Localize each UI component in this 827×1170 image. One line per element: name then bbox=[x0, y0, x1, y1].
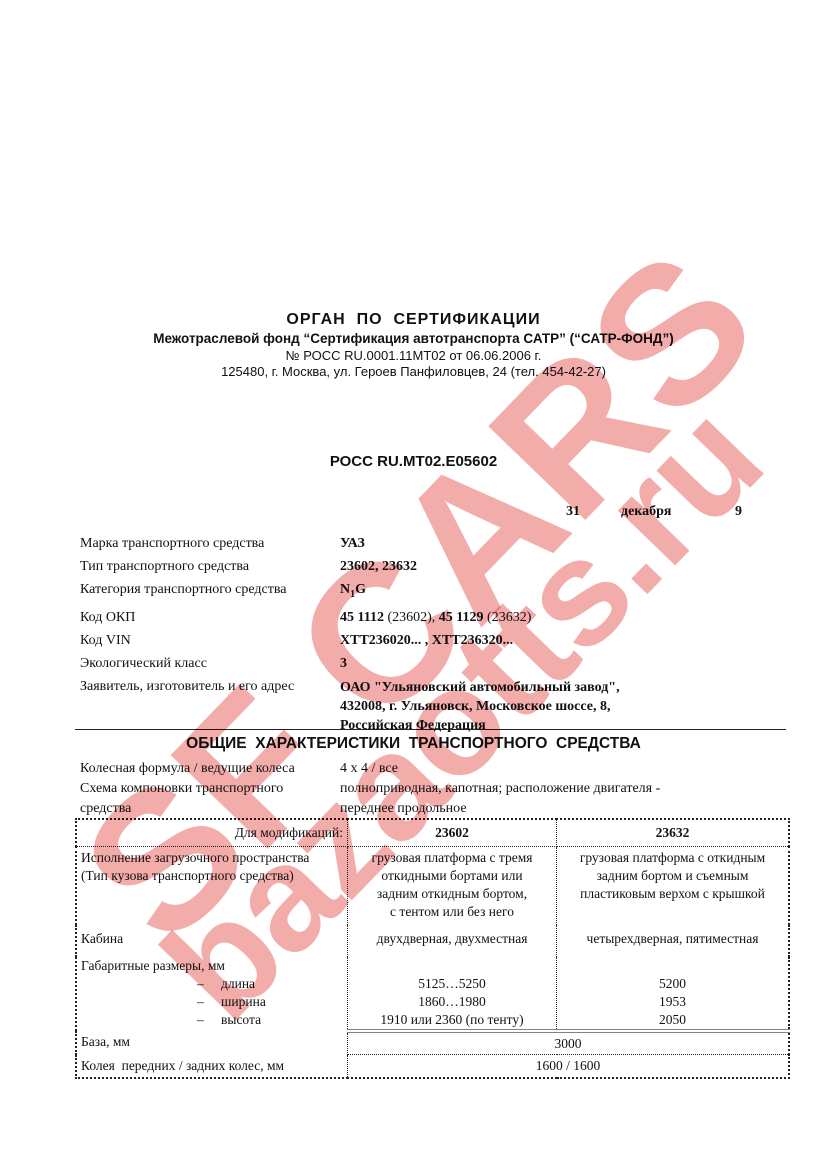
dimension-item-height: –высота bbox=[81, 1011, 343, 1029]
field-label: Заявитель, изготовитель и его адрес bbox=[80, 675, 340, 698]
wheelbase-row: База, мм 3000 bbox=[76, 1031, 789, 1055]
modification-23632-header: 23632 bbox=[557, 819, 790, 847]
certification-body-address: 125480, г. Москва, ул. Героев Панфиловце… bbox=[0, 364, 827, 380]
cargo-space-row: Исполнение загрузочного пространства (Ти… bbox=[76, 847, 789, 926]
field-label: Категория транспортного средства bbox=[80, 578, 340, 601]
field-label: Экологический класс bbox=[80, 652, 340, 675]
field-value: 3 bbox=[340, 652, 786, 675]
field-row-vin: Код VIN ХТТ236020... , ХТТ236320... bbox=[80, 629, 786, 652]
issue-date: 31 декабря 9 bbox=[80, 504, 780, 522]
field-value: ХТТ236020... , ХТТ236320... bbox=[340, 629, 786, 652]
certification-body-header: ОРГАН ПО СЕРТИФИКАЦИИ Межотраслевой фонд… bbox=[0, 310, 827, 380]
field-value: N1G bbox=[340, 578, 786, 606]
dash-bullet: – bbox=[197, 975, 221, 993]
dimension-name: высота bbox=[221, 1012, 261, 1027]
certification-body-title: ОРГАН ПО СЕРТИФИКАЦИИ bbox=[0, 310, 827, 330]
dimension-item-length: –длина bbox=[81, 975, 343, 993]
dimension-name: длина bbox=[221, 976, 255, 991]
certificate-page: ОРГАН ПО СЕРТИФИКАЦИИ Межотраслевой фонд… bbox=[0, 0, 827, 1170]
field-row-type: Тип транспортного средства 23602, 23632 bbox=[80, 555, 786, 578]
category-suffix: G bbox=[355, 582, 366, 597]
track-value: 1600 / 1600 bbox=[348, 1055, 790, 1079]
dimensions-label: Габаритные размеры, мм bbox=[81, 957, 343, 975]
okp-model-2: (23632) bbox=[484, 610, 532, 625]
field-label: Марка транспортного средства bbox=[80, 532, 340, 555]
general-characteristics: Колесная формула / ведущие колеса 4 х 4 … bbox=[80, 759, 786, 819]
length-23602: 5125…5250 bbox=[352, 975, 552, 993]
length-23632: 5200 bbox=[561, 975, 784, 993]
section-title: ОБЩИЕ ХАРАКТЕРИСТИКИ ТРАНСПОРТНОГО СРЕДС… bbox=[0, 735, 827, 753]
cargo-space-label: Исполнение загрузочного пространства (Ти… bbox=[76, 847, 348, 926]
modification-23602-header: 23602 bbox=[348, 819, 557, 847]
field-row-brand: Марка транспортного средства УАЗ bbox=[80, 532, 786, 555]
certification-body-name: Межотраслевой фонд “Сертификация автотра… bbox=[0, 330, 827, 348]
height-23602: 1910 или 2360 (по тенту) bbox=[352, 1011, 552, 1029]
wheelbase-value: 3000 bbox=[348, 1031, 790, 1055]
okp-code-2: 45 1129 bbox=[439, 610, 484, 625]
dimensions-label-cell: Габаритные размеры, мм –длина –ширина –в… bbox=[76, 957, 348, 1031]
track-label: Колея передних / задних колес, мм bbox=[76, 1055, 348, 1079]
wheelbase-label: База, мм bbox=[76, 1031, 348, 1055]
dash-bullet: – bbox=[197, 993, 221, 1011]
dimensions-row: Габаритные размеры, мм –длина –ширина –в… bbox=[76, 957, 789, 1031]
field-label: Код VIN bbox=[80, 629, 340, 652]
horizontal-rule bbox=[75, 729, 786, 730]
characteristic-value: 4 х 4 / все bbox=[340, 759, 786, 779]
width-23602: 1860…1980 bbox=[352, 993, 552, 1011]
field-value: ОАО "Ульяновский автомобильный завод", 4… bbox=[340, 675, 786, 735]
modifications-table: Для модификаций: 23602 23632 Исполнение … bbox=[75, 818, 790, 1079]
dash-bullet: – bbox=[197, 1011, 221, 1029]
vehicle-fields: Марка транспортного средства УАЗ Тип тра… bbox=[80, 532, 786, 735]
field-row-category: Категория транспортного средства N1G bbox=[80, 578, 786, 606]
field-label: Код ОКП bbox=[80, 606, 340, 629]
characteristic-label: Схема компоновки транспортного средства bbox=[80, 779, 340, 819]
cabin-label: Кабина bbox=[76, 925, 348, 957]
characteristic-label: Колесная формула / ведущие колеса bbox=[80, 759, 340, 779]
field-row-eco-class: Экологический класс 3 bbox=[80, 652, 786, 675]
issue-date-month: декабря bbox=[621, 504, 672, 520]
category-letter: N bbox=[340, 582, 350, 597]
characteristic-row-layout: Схема компоновки транспортного средства … bbox=[80, 779, 786, 819]
okp-model-1: (23602), bbox=[384, 610, 439, 625]
dimension-item-width: –ширина bbox=[81, 993, 343, 1011]
field-value: УАЗ bbox=[340, 532, 786, 555]
issue-date-year: 9 bbox=[735, 504, 742, 520]
field-row-applicant: Заявитель, изготовитель и его адрес ОАО … bbox=[80, 675, 786, 735]
document-content: ОРГАН ПО СЕРТИФИКАЦИИ Межотраслевой фонд… bbox=[0, 0, 827, 1170]
dimensions-23632-cell: 5200 1953 2050 bbox=[557, 957, 790, 1031]
cargo-space-23632: грузовая платформа с откидным задним бор… bbox=[557, 847, 790, 926]
okp-code-1: 45 1112 bbox=[340, 610, 384, 625]
track-row: Колея передних / задних колес, мм 1600 /… bbox=[76, 1055, 789, 1079]
field-value: 23602, 23632 bbox=[340, 555, 786, 578]
spacer bbox=[561, 957, 784, 975]
table-header-row: Для модификаций: 23602 23632 bbox=[76, 819, 789, 847]
cabin-23602: двухдверная, двухместная bbox=[348, 925, 557, 957]
field-row-okp: Код ОКП 45 1112 (23602), 45 1129 (23632) bbox=[80, 606, 786, 629]
dimensions-23602-cell: 5125…5250 1860…1980 1910 или 2360 (по те… bbox=[348, 957, 557, 1031]
cabin-row: Кабина двухдверная, двухместная четырехд… bbox=[76, 925, 789, 957]
field-value: 45 1112 (23602), 45 1129 (23632) bbox=[340, 606, 786, 629]
height-23632: 2050 bbox=[561, 1011, 784, 1029]
issue-date-day: 31 bbox=[566, 504, 580, 520]
dimension-name: ширина bbox=[221, 994, 266, 1009]
field-label: Тип транспортного средства bbox=[80, 555, 340, 578]
modifications-header-label: Для модификаций: bbox=[76, 819, 348, 847]
certificate-number: РОСС RU.МТ02.Е05602 bbox=[0, 453, 827, 470]
spacer bbox=[352, 957, 552, 975]
width-23632: 1953 bbox=[561, 993, 784, 1011]
characteristic-row-wheel-formula: Колесная формула / ведущие колеса 4 х 4 … bbox=[80, 759, 786, 779]
characteristic-value: полноприводная, капотная; расположение д… bbox=[340, 779, 786, 819]
certification-body-registration: № РОСС RU.0001.11МТ02 от 06.06.2006 г. bbox=[0, 348, 827, 364]
cargo-space-23602: грузовая платформа с тремя откидными бор… bbox=[348, 847, 557, 926]
cabin-23632: четырехдверная, пятиместная bbox=[557, 925, 790, 957]
